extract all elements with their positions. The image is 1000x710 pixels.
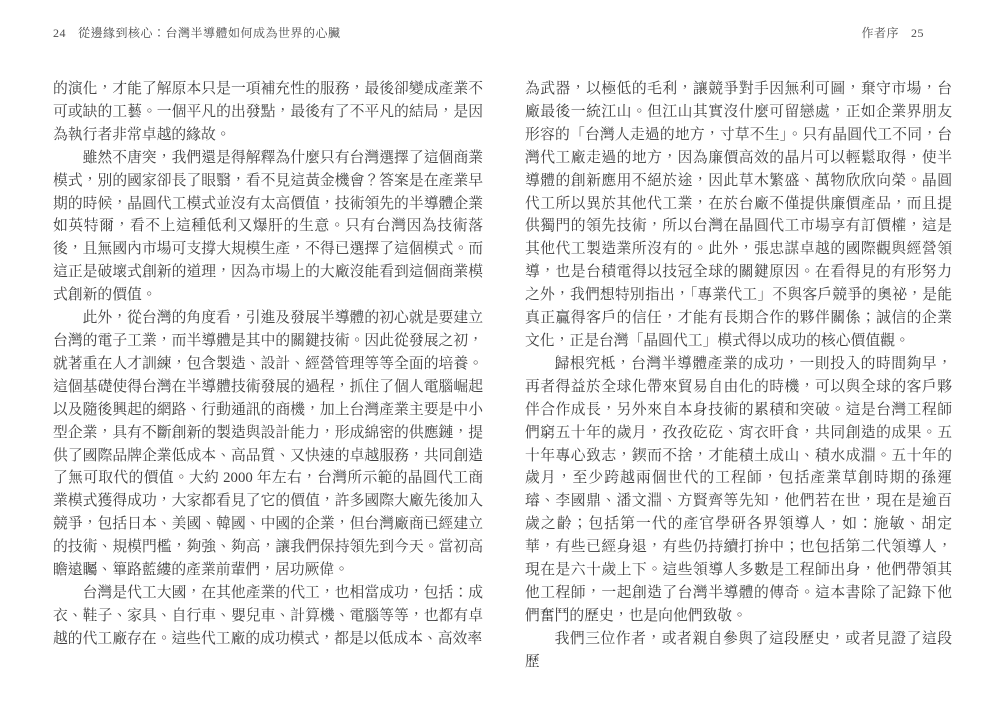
right-running-head: 作者序25 [861,26,924,40]
left-running-head: 24從邊緣到核心：台灣半導體如何成為世界的心臟 [53,26,341,40]
paragraph: 此外，從台灣的角度看，引進及發展半導體的初心就是要建立台灣的電子工業，而半導體是… [53,307,483,582]
left-text-block: 的演化，才能了解原本只是一項補充性的服務，最後卻變成產業不可或缺的工藝。一個平凡… [53,78,483,651]
paragraph: 歸根究柢，台灣半導體產業的成功，一則投入的時間夠早，再者得益於全球化帶來貿易自由… [525,353,952,628]
right-running-title: 作者序 [861,26,899,40]
paragraph: 台灣是代工大國，在其他產業的代工，也相當成功，包括：成衣、鞋子、家具、自行車、嬰… [53,582,483,651]
left-page-number: 24 [53,26,66,40]
paragraph: 為武器，以極低的毛利，讓競爭對手因無利可圖，棄守市場，台廠最後一統江山。但江山其… [525,78,952,353]
book-spread: 24從邊緣到核心：台灣半導體如何成為世界的心臟 的演化，才能了解原本只是一項補充… [0,0,1000,710]
paragraph: 的演化，才能了解原本只是一項補充性的服務，最後卻變成產業不可或缺的工藝。一個平凡… [53,78,483,147]
page-right: 作者序25 為武器，以極低的毛利，讓競爭對手因無利可圖，棄守市場，台廠最後一統江… [500,0,1000,710]
right-text-block: 為武器，以極低的毛利，讓競爭對手因無利可圖，棄守市場，台廠最後一統江山。但江山其… [525,78,952,674]
paragraph: 雖然不唐突，我們還是得解釋為什麼只有台灣選擇了這個商業模式，別的國家卻長了眼翳，… [53,147,483,307]
paragraph: 我們三位作者，或者親自參與了這段歷史，或者見證了這段歷 [525,628,952,674]
left-running-title: 從邊緣到核心：台灣半導體如何成為世界的心臟 [78,26,341,40]
right-page-number: 25 [911,26,924,40]
page-left: 24從邊緣到核心：台灣半導體如何成為世界的心臟 的演化，才能了解原本只是一項補充… [0,0,500,710]
